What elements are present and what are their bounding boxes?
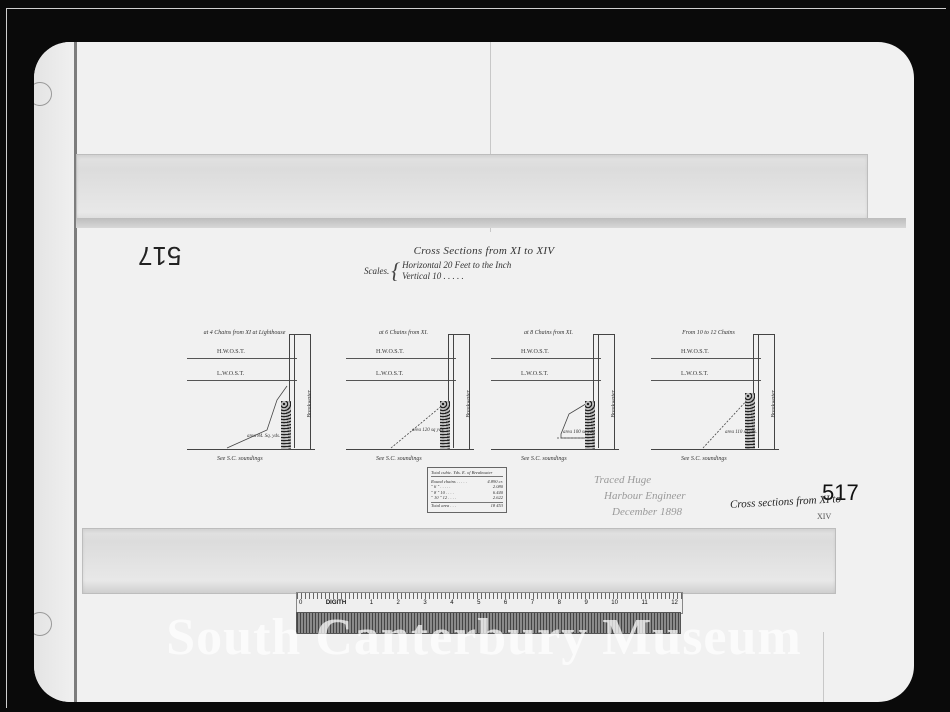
breakwater-face-line xyxy=(294,334,295,448)
breakwater-label: Breakwater xyxy=(466,390,472,418)
ruler-brand: DIGITH xyxy=(326,600,346,606)
rubble-fill xyxy=(585,401,595,449)
tape-strip-top-edge xyxy=(76,218,906,228)
museum-watermark: South Canterbury Museum xyxy=(104,608,864,667)
cross-section-1: at 4 Chains from XI at Lighthouse H.W.O.… xyxy=(187,330,317,458)
ruler-tick: 10 xyxy=(611,600,618,606)
scale-horizontal: Horizontal 20 Feet to the Inch xyxy=(402,260,511,271)
total-label: Total area . . . xyxy=(431,503,456,508)
rubble-fill xyxy=(745,393,755,449)
rubble-fill xyxy=(281,401,291,449)
scale-vertical: Vertical 10 . . . . . xyxy=(402,271,511,282)
area-label: area 84. Sq. yds. xyxy=(247,434,280,439)
breakwater-label: Breakwater xyxy=(611,390,617,418)
scales-label: Scales. xyxy=(364,266,389,276)
handwritten-signature-notes: Traced Huge Harbour Engineer December 18… xyxy=(594,472,686,520)
sheet-shading xyxy=(34,42,74,702)
soundings-label: See S.C. soundings xyxy=(376,456,422,462)
photo-frame-left-line xyxy=(6,8,7,708)
inverted-page-number: 517 xyxy=(138,240,181,271)
note-line: Harbour Engineer xyxy=(594,488,686,504)
soundings-label: See S.C. soundings xyxy=(521,456,567,462)
table-row: " 10 " 12 . . . . 2.622 xyxy=(431,495,503,500)
ruler-tick: 1 xyxy=(370,600,373,606)
ruler-tick: 3 xyxy=(423,600,426,606)
catalog-description-line2: XIV xyxy=(817,512,831,521)
rubble-fill xyxy=(440,401,450,449)
ruler-tick: 5 xyxy=(477,600,480,606)
brace-icon: { xyxy=(391,260,400,282)
area-summary-table: Total cubic. Yds. E. of Breakwater Round… xyxy=(427,467,507,513)
ruler-tick: 7 xyxy=(531,600,534,606)
ruler-tick: 9 xyxy=(584,600,587,606)
catalog-description: Cross sections from XI to xyxy=(730,493,842,511)
ruler-tick: 4 xyxy=(450,600,453,606)
note-line: December 1898 xyxy=(594,504,686,520)
cross-section-4: From 10 to 12 Chains H.W.O.S.T. L.W.O.S.… xyxy=(651,330,781,458)
breakwater-face-line xyxy=(598,334,599,448)
paper-sheet: 517 Cross Sections from XI to XIV Scales… xyxy=(34,42,914,702)
cross-section-3: at 8 Chains from XI. H.W.O.S.T. L.W.O.S.… xyxy=(491,330,621,458)
ruler-tick: 12 xyxy=(671,600,678,606)
seabed-line xyxy=(346,449,474,450)
ruler-numbers: 0 DIGITH 1 2 3 4 5 6 7 8 9 10 11 12 xyxy=(296,600,681,606)
ruler-tick: 0 xyxy=(299,600,302,606)
area-label: area 100 sq yds. xyxy=(563,430,596,435)
ruler-tick: 8 xyxy=(558,600,561,606)
seabed-line xyxy=(491,449,619,450)
area-label: area 120 sq yds. xyxy=(412,428,445,433)
soundings-label: See S.C. soundings xyxy=(217,456,263,462)
drawing-title: Cross Sections from XI to XIV xyxy=(364,245,604,257)
breakwater-label: Breakwater xyxy=(771,390,777,418)
area-label: area 110 sq yds. xyxy=(725,430,757,435)
drawing-title-block: Cross Sections from XI to XIV Scales. { … xyxy=(364,245,604,257)
breakwater-face-line xyxy=(453,334,454,448)
ruler-tick: 2 xyxy=(397,600,400,606)
soundings-label: See S.C. soundings xyxy=(681,456,727,462)
seabed-line xyxy=(187,449,315,450)
tape-strip-bottom xyxy=(82,528,836,594)
note-line: Traced Huge xyxy=(594,472,686,488)
table-total-row: Total area . . . 18 453 xyxy=(431,502,503,508)
photo-frame-top-line xyxy=(6,8,946,9)
binding-margin-line xyxy=(74,42,77,702)
cross-section-2: at 6 Chains from XI. H.W.O.S.T. L.W.O.S.… xyxy=(346,330,476,458)
ruler-tick: 6 xyxy=(504,600,507,606)
ruler-tick: 11 xyxy=(641,600,647,606)
row-value: 2.622 xyxy=(493,495,503,500)
seabed-line xyxy=(651,449,779,450)
breakwater-face-line xyxy=(758,334,759,448)
table-header: Total cubic. Yds. E. of Breakwater xyxy=(431,470,503,477)
breakwater-label: Breakwater xyxy=(307,390,313,418)
scales-legend: Scales. { Horizontal 20 Feet to the Inch… xyxy=(364,260,511,282)
total-value: 18 453 xyxy=(491,503,503,508)
row-label: " 10 " 12 . . . . xyxy=(431,495,456,500)
tape-strip-top xyxy=(76,154,868,228)
